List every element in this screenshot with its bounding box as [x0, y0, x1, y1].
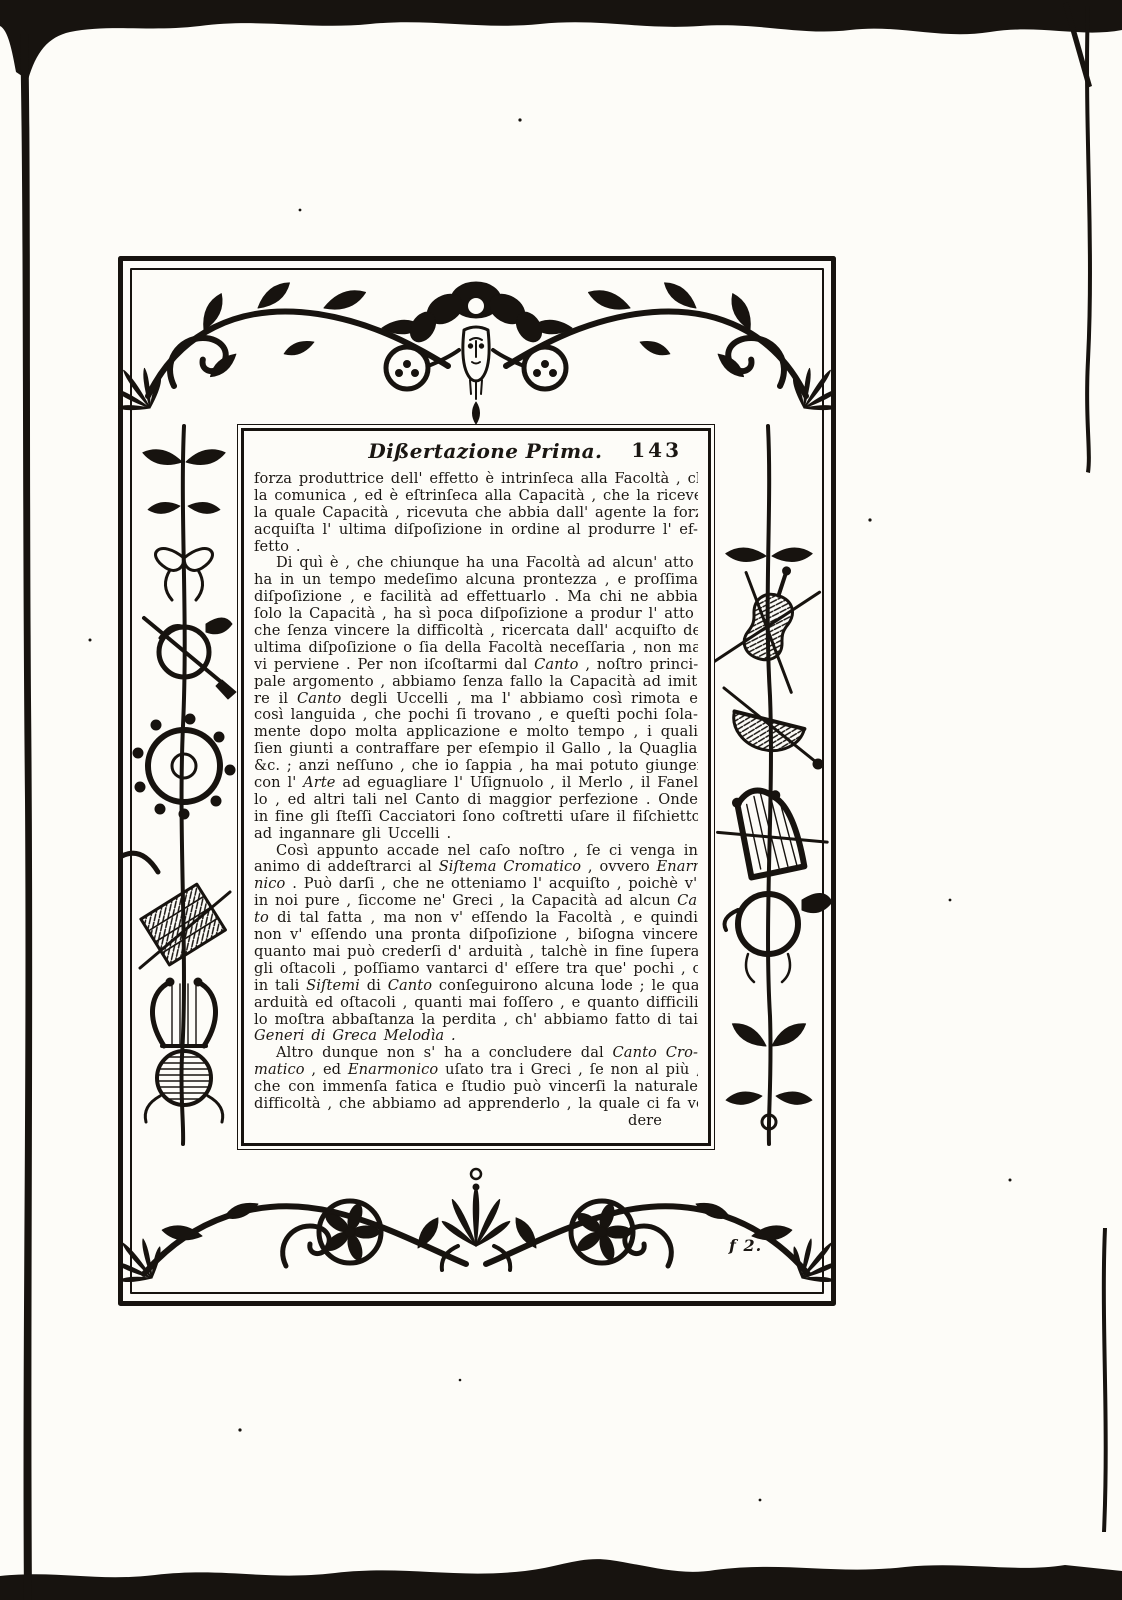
- text-line: lo moſtra abbaſtanza la perdita , ch' ab…: [254, 1012, 698, 1029]
- running-header: Dißertazione Prima. 143: [254, 437, 698, 469]
- top-border-ornament: [118, 282, 836, 425]
- text-line: ad ingannare gli Uccelli .: [254, 826, 698, 843]
- text-line: Generi di Greca Melodìa .: [254, 1028, 698, 1045]
- tambourine-icon: [133, 714, 235, 819]
- text-line: fetto .: [254, 539, 698, 556]
- text-line: pale argomento , abbiamo ſenza fallo la …: [254, 674, 698, 691]
- text-line: la comunica , ed è eſtrinſeca alla Capac…: [254, 488, 698, 505]
- text-line: re il Canto degli Uccelli , ma l' abbiam…: [254, 691, 698, 708]
- text-line: ſolo la Capacità , ha sì poca diſpoſizio…: [254, 606, 698, 623]
- text-line: Altro dunque non s' ha a concludere dal …: [254, 1045, 698, 1062]
- text-block: forza produttrice dell' effetto è intrin…: [254, 471, 698, 1130]
- scan-scratch-corner: [1063, 2, 1092, 88]
- scan-edge-top: [0, 0, 1122, 80]
- right-border-ornament: [710, 426, 832, 1144]
- text-line: quanto mai può crederſi d' arduità , tal…: [254, 944, 698, 961]
- page-number: 143: [631, 438, 682, 462]
- text-line: con l' Arte ad eguagliare l' Uſignuolo ,…: [254, 775, 698, 792]
- page-title: Dißertazione Prima.: [368, 439, 602, 463]
- hunting-horn-icon: [725, 893, 833, 982]
- scanned-page: Dißertazione Prima. 143 forza produttric…: [0, 0, 1122, 1600]
- text-line: che ſenza vincere la difficoltà , ricerc…: [254, 623, 698, 640]
- text-line: in noi pure , ſiccome ne' Greci , la Cap…: [254, 893, 698, 910]
- text-line: ultima diſpoſizione o ſia della Facoltà …: [254, 640, 698, 657]
- text-line: animo di addeſtrarci al Siſtema Cromatic…: [254, 859, 698, 876]
- bottom-border-ornament: [118, 1169, 836, 1297]
- scan-edge-left: [20, 34, 32, 1600]
- text-line: che con immenſa fatica e ſtudio può vinc…: [254, 1079, 698, 1096]
- catchword: dere: [254, 1113, 698, 1130]
- text-line: vi perviene . Per non iſcoſtarmi dal Can…: [254, 657, 698, 674]
- text-panel-inner-rule: Dißertazione Prima. 143 forza produttric…: [241, 428, 711, 1146]
- text-line: acquiſta l' ultima diſpoſizione in ordin…: [254, 522, 698, 539]
- scan-scratch-right: [1085, 6, 1092, 473]
- text-line: in tali Siſtemi di Canto conſeguirono al…: [254, 978, 698, 995]
- rosette-icon: [571, 1201, 633, 1263]
- text-line: diſpoſizione , e facilità ad effettuarlo…: [254, 589, 698, 606]
- text-line: ha in un tempo medeſimo alcuna prontezza…: [254, 572, 698, 589]
- text-line: così languida , che pochi ſi trovano , e…: [254, 707, 698, 724]
- panpipes-icon: [118, 853, 230, 968]
- text-line: in fine gli ſteſſi Cacciatori ſono coſtr…: [254, 809, 698, 826]
- text-line: Di quì è , che chiunque ha una Facoltà a…: [254, 555, 698, 572]
- text-line: forza produttrice dell' effetto è intrin…: [254, 471, 698, 488]
- text-line: lo , ed altri tali nel Canto di maggior …: [254, 792, 698, 809]
- text-line: la quale Capacità , ricevuta che abbia d…: [254, 505, 698, 522]
- text-line: mente dopo molta applicazione e molto te…: [254, 724, 698, 741]
- text-line: gli oſtacoli , poſſiamo vantarci d' eſſe…: [254, 961, 698, 978]
- text-line: &c. ; anzi neſſuno , che io ſappia , ha …: [254, 758, 698, 775]
- scan-scratch-right-lower: [1102, 1228, 1108, 1532]
- text-line: Così appunto accade nel caſo noſtro , ſe…: [254, 843, 698, 860]
- left-border-ornament: [118, 426, 236, 1144]
- text-line: ſien giunti a contraffare per eſempio il…: [254, 741, 698, 758]
- hunting-horn-icon: [144, 618, 236, 699]
- text-line: difficoltà , che abbiamo ad apprenderlo …: [254, 1096, 698, 1113]
- text-line: arduità ed oſtacoli , quanti mai foſſero…: [254, 995, 698, 1012]
- text-line: matico , ed Enarmonico uſato tra i Greci…: [254, 1062, 698, 1079]
- text-line: non v' eſſendo una pronta diſpoſizione ,…: [254, 927, 698, 944]
- signature-mark: f 2.: [729, 1236, 762, 1255]
- text-line: to di tal fatta , ma non v' eſſendo la F…: [254, 910, 698, 927]
- kettledrum-icon: [724, 688, 823, 769]
- text-panel: Dißertazione Prima. 143 forza produttric…: [237, 424, 715, 1150]
- scan-edge-bottom: [0, 1559, 1122, 1600]
- text-line: nico . Può darſi , che ne otteniamo l' a…: [254, 876, 698, 893]
